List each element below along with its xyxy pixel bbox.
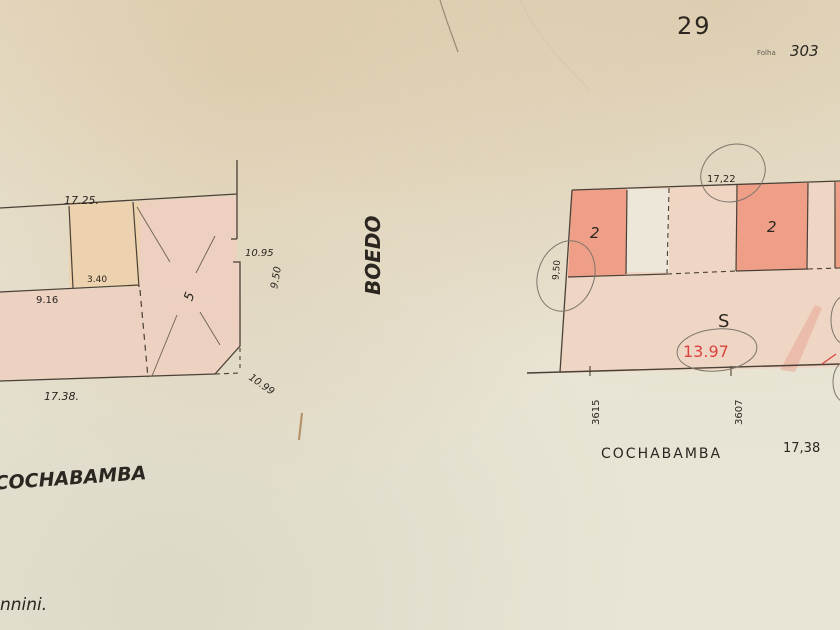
folio-number: 303: [790, 42, 819, 60]
paper-crease: [440, 0, 458, 52]
left-corner-lower-dimension: 10.99: [246, 372, 276, 397]
left-block: [0, 160, 241, 381]
left-side-depth-dimension: 9.50: [269, 266, 284, 290]
left-corner-upper-dimension: 10.95: [245, 248, 274, 259]
right-lot-a-left-label: 2: [590, 224, 600, 242]
right-frontage-dimension: 17,38: [783, 441, 820, 456]
paper-crease: [520, 0, 590, 90]
signature-fragment: nnini.: [0, 595, 47, 615]
door-number-3615: 3615: [591, 400, 602, 425]
door-number-3607: 3607: [734, 400, 745, 425]
left-inner-depth: 9.16: [36, 295, 58, 306]
folio-prefix: Folha: [757, 49, 776, 57]
left-bottom-dimension: 17.38.: [44, 390, 79, 403]
left-inner-lot-width: 3.40: [87, 275, 107, 285]
right-block-empty-lot: [627, 189, 669, 272]
right-block: [527, 134, 840, 402]
right-red-area-value: 13.97: [683, 342, 729, 361]
page-number: 29: [677, 12, 712, 40]
street-label-cochabamba-right: COCHABAMBA: [601, 446, 722, 462]
street-label-boedo: BOEDO: [361, 215, 385, 295]
left-top-dimension: 17.25.: [64, 194, 99, 207]
right-side-dimension: 9,50: [551, 259, 563, 280]
right-lot-a-middle-label: 2: [767, 218, 777, 236]
right-main-lot-label: S: [718, 311, 729, 332]
ink-mark: [299, 413, 302, 440]
street-label-cochabamba-left: COCHABAMBA: [0, 462, 147, 495]
right-top-dimension: 17,22: [707, 174, 736, 185]
cadastral-map: 17.25. 3.40 9.16 5 17.38. 10.95 9.50 10.…: [0, 0, 840, 630]
